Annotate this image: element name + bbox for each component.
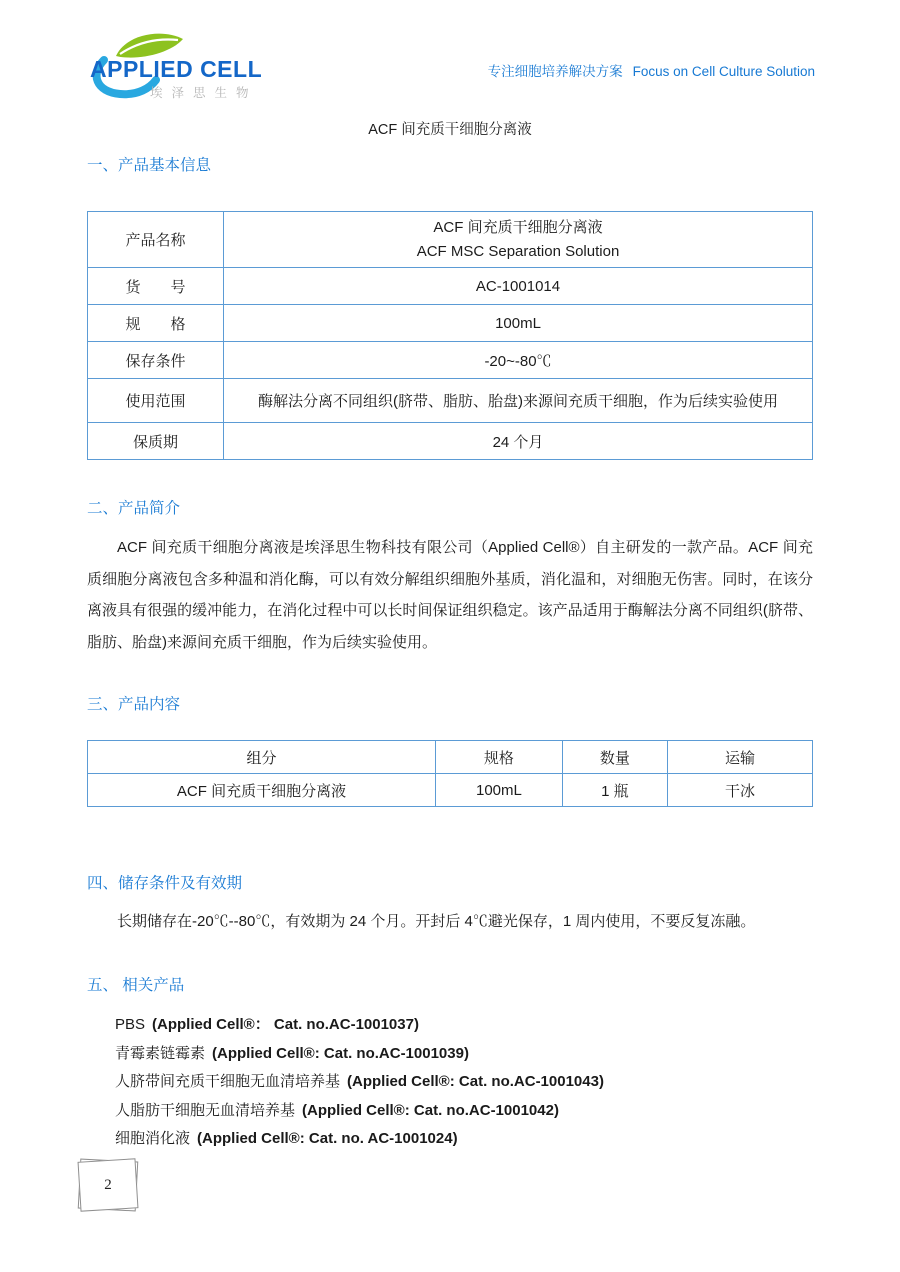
header-tagline: 专注细胞培养解决方案Focus on Cell Culture Solution [488,60,815,80]
page-title: ACF 间充质干细胞分离液 [87,118,813,139]
list-item: PBS(Applied Cell®： Cat. no.AC-1001037) [115,1011,813,1040]
section-heading-product-intro: 二、产品简介 [87,496,813,518]
related-products-list: PBS(Applied Cell®： Cat. no.AC-1001037) 青… [87,1011,813,1154]
related-product-catalog: (Applied Cell®: Cat. no.AC-1001043) [347,1073,604,1090]
row-value: 100mL [224,305,813,342]
section-heading-storage: 四、储存条件及有效期 [87,871,813,893]
table-header-row: 组分 规格 数量 运输 [88,741,813,774]
column-header: 规格 [436,741,563,774]
document-body: ACF 间充质干细胞分离液 一、产品基本信息 产品名称 ACF 间充质干细胞分离… [87,118,813,1154]
product-info-table: 产品名称 ACF 间充质干细胞分离液 ACF MSC Separation So… [87,211,813,460]
section-heading-related-products: 五、 相关产品 [87,973,813,995]
row-label: 产品名称 [88,212,224,268]
product-intro-paragraph: ACF 间充质干细胞分离液是埃泽思生物科技有限公司（Applied Cell®）… [87,532,813,658]
logo-brand-text: APPLIED CELL [90,56,262,83]
related-product-name: PBS [115,1016,145,1033]
table-row: 保质期 24 个月 [88,423,813,460]
row-label: 保质期 [88,423,224,460]
table-row: 规 格 100mL [88,305,813,342]
cell-quantity: 1 瓶 [562,774,667,807]
column-header: 运输 [668,741,813,774]
storage-conditions-text: 长期储存在-20℃--80℃，有效期为 24 个月。开封后 4℃避光保存，1 周… [87,911,813,933]
document-page: APPLIED CELL 埃泽思生物 专注细胞培养解决方案Focus on Ce… [0,0,900,1272]
table-row: 使用范围 酶解法分离不同组织(脐带、脂肪、胎盘)来源间充质干细胞，作为后续实验使… [88,379,813,423]
section-heading-product-content: 三、产品内容 [87,692,813,714]
related-product-catalog: (Applied Cell®： Cat. no.AC-1001037) [152,1016,419,1033]
cell-shipping: 干冰 [668,774,813,807]
row-label: 使用范围 [88,379,224,423]
row-label: 货 号 [88,268,224,305]
table-row: ACF 间充质干细胞分离液 100mL 1 瓶 干冰 [88,774,813,807]
column-header: 组分 [88,741,436,774]
page-header: APPLIED CELL 埃泽思生物 专注细胞培养解决方案Focus on Ce… [0,0,900,104]
cell-spec: 100mL [436,774,563,807]
column-header: 数量 [562,741,667,774]
row-label: 保存条件 [88,342,224,379]
tagline-en: Focus on Cell Culture Solution [633,64,815,79]
list-item: 细胞消化液(Applied Cell®: Cat. no. AC-1001024… [115,1125,813,1154]
related-product-catalog: (Applied Cell®: Cat. no.AC-1001042) [302,1102,559,1119]
logo-brand-subtitle: 埃泽思生物 [150,83,258,101]
applied-cell-logo: APPLIED CELL 埃泽思生物 [86,30,272,102]
row-value: 24 个月 [224,423,813,460]
related-product-catalog: (Applied Cell®: Cat. no. AC-1001024) [197,1130,458,1147]
related-product-name: 人脐带间充质干细胞无血清培养基 [115,1073,340,1090]
product-content-table: 组分 规格 数量 运输 ACF 间充质干细胞分离液 100mL 1 瓶 干冰 [87,740,813,807]
row-label: 规 格 [88,305,224,342]
list-item: 人脐带间充质干细胞无血清培养基(Applied Cell®: Cat. no.A… [115,1068,813,1097]
table-row: 保存条件 -20~-80℃ [88,342,813,379]
related-product-name: 人脂肪干细胞无血清培养基 [115,1102,295,1119]
tagline-zh: 专注细胞培养解决方案 [488,64,623,79]
table-row: 产品名称 ACF 间充质干细胞分离液 ACF MSC Separation So… [88,212,813,268]
related-product-name: 细胞消化液 [115,1130,190,1147]
row-value: ACF 间充质干细胞分离液 ACF MSC Separation Solutio… [224,212,813,268]
section-heading-basic-info: 一、产品基本信息 [87,153,813,175]
page-number: 2 [79,1160,137,1210]
leaf-icon [116,34,183,58]
product-name-zh: ACF 间充质干细胞分离液 [230,216,806,240]
related-product-catalog: (Applied Cell®: Cat. no.AC-1001039) [212,1045,469,1062]
page-number-ornament: 2 [79,1160,137,1210]
product-name-en: ACF MSC Separation Solution [230,240,806,264]
row-value: 酶解法分离不同组织(脐带、脂肪、胎盘)来源间充质干细胞，作为后续实验使用 [224,379,813,423]
table-row: 货 号 AC-1001014 [88,268,813,305]
related-product-name: 青霉素链霉素 [115,1045,205,1062]
cell-component: ACF 间充质干细胞分离液 [88,774,436,807]
row-value: AC-1001014 [224,268,813,305]
row-value: -20~-80℃ [224,342,813,379]
list-item: 人脂肪干细胞无血清培养基(Applied Cell®: Cat. no.AC-1… [115,1097,813,1126]
list-item: 青霉素链霉素(Applied Cell®: Cat. no.AC-1001039… [115,1040,813,1069]
